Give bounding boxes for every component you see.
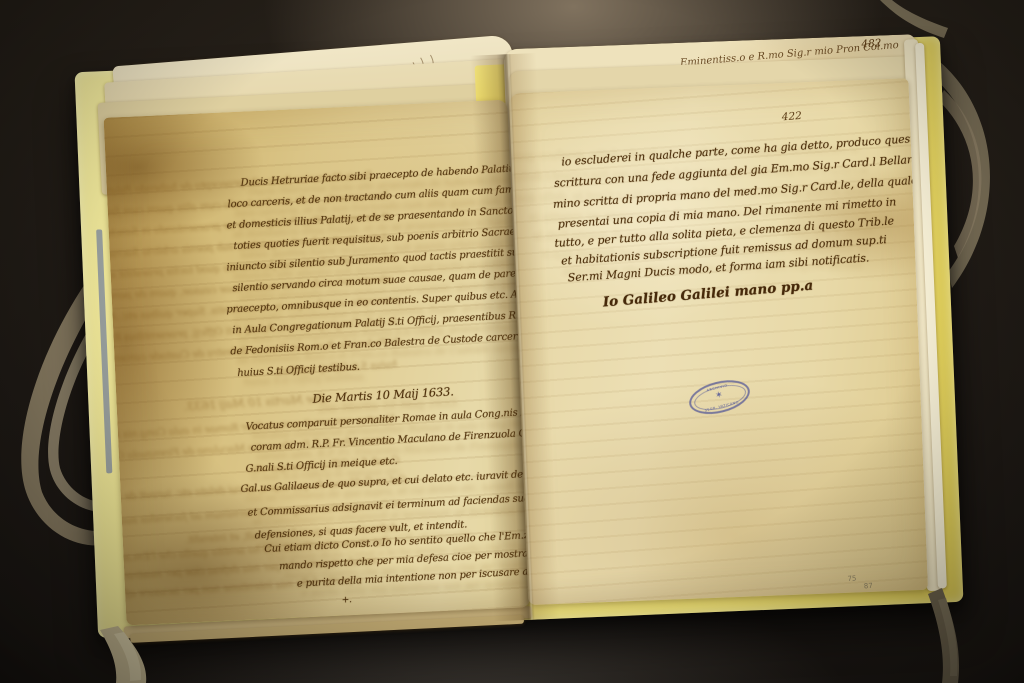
pencil-mark: 87: [864, 582, 873, 591]
manuscript-line-left: et Commissarius adsignavit ei terminum a…: [247, 493, 530, 519]
galileo-signature: Io Galileo Galilei mano pp.a: [602, 278, 814, 311]
archive-stamp: ARCHIVIO ✶ SEGR. VATICANO: [686, 375, 754, 420]
date-line: Die Martis 10 Maij 1633.: [312, 384, 454, 405]
page-number-422: 422: [781, 110, 802, 123]
paragraph-end-mark: +.: [341, 595, 352, 606]
stamp-emblem-icon: ✶: [690, 385, 748, 408]
page-number-482: 482: [861, 37, 882, 50]
manuscript-line-left: Ducis Hetruriae facto sibi praecepto de …: [240, 163, 524, 189]
photo-stage: Eminentiss.o e R.mo Sig.r mio Pron Col.m…: [0, 0, 1024, 683]
manuscript-line-left: de Fedonisiis Rom.o et Fran.co Balestra …: [230, 331, 525, 357]
left-page: Ducis Hetruriae facto sibi praecepto de …: [104, 100, 531, 626]
stamp-text-top: ARCHIVIO: [689, 379, 746, 397]
stamp-text-bottom: SEGR. VATICANO: [693, 397, 750, 415]
manuscript-line-left: G.nali S.ti Officij in meique etc.: [245, 456, 397, 475]
manuscript-book: Eminentiss.o e R.mo Sig.r mio Pron Col.m…: [75, 36, 964, 638]
right-page: io escluderei in qualche parte, come ha …: [509, 78, 928, 605]
manuscript-line-left: huius S.ti Officij testibus.: [237, 362, 360, 379]
pencil-mark: 75: [847, 574, 856, 583]
manuscript-line-left: Vocatus comparuit personaliter Romae in …: [245, 403, 530, 432]
bleed-line: Die Martis 10 Maij 1633.: [184, 391, 326, 413]
